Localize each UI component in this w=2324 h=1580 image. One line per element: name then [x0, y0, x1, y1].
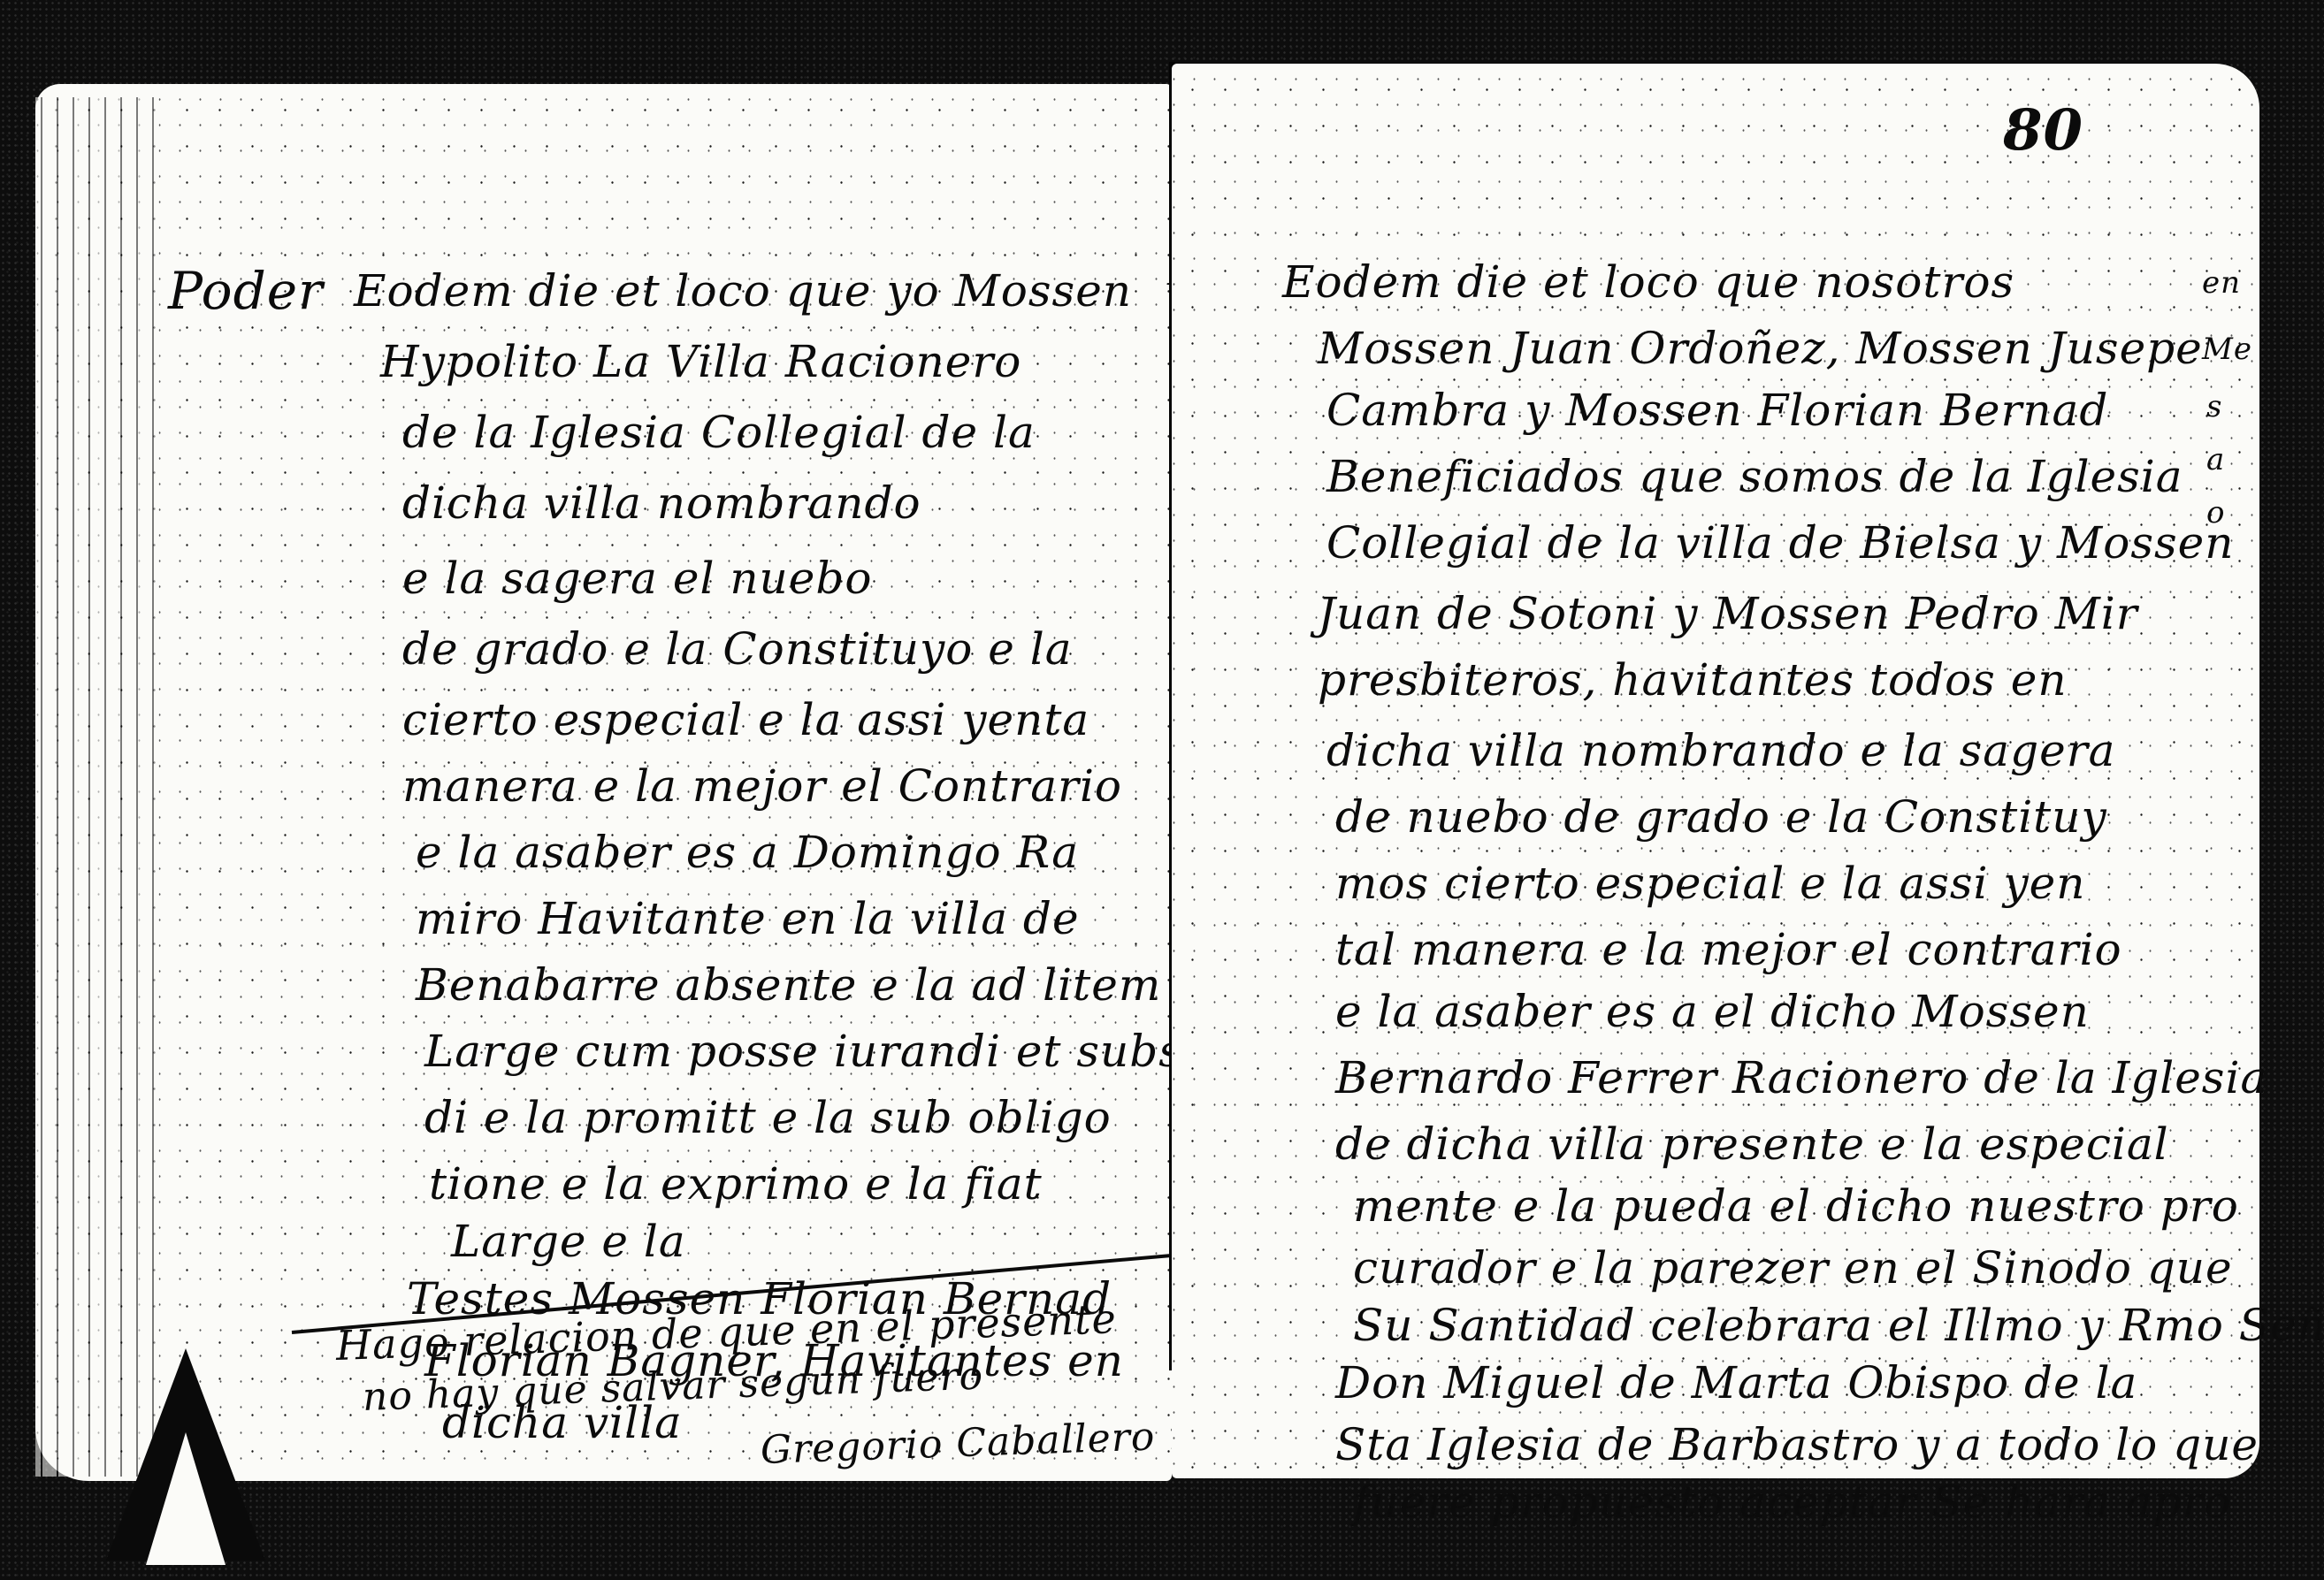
- text-line: di e la promitt e la sub obligo: [424, 1092, 1112, 1143]
- text-line: e la sagera el nuebo: [402, 553, 872, 604]
- text-line: Eodem die et loco que yo Mossen: [354, 265, 1132, 317]
- edge-fragment: s: [2206, 389, 2222, 424]
- text-line: Large cum posse iurandi et substitu: [424, 1026, 1264, 1077]
- text-line: curador e la parezer en el Sinodo que: [1353, 1242, 2233, 1294]
- text-line: Juan de Sotoni y Mossen Pedro Mir: [1318, 588, 2138, 639]
- text-line: de dicha villa presente e la especial: [1335, 1118, 2169, 1170]
- text-line: manera e la mejor el Contrario: [402, 760, 1122, 812]
- text-line: Sta Iglesia de Barbastro y a todo lo que: [1335, 1419, 2259, 1470]
- text-line: Eodem die et loco que nosotros: [1282, 256, 2014, 308]
- margin-note: Poder: [168, 261, 324, 321]
- text-line: tal manera e la mejor el contrario: [1335, 924, 2122, 975]
- text-line: miro Havitante en la villa de: [416, 893, 1080, 944]
- text-line: dicha villa nombrando e la sagera: [1326, 725, 2115, 776]
- text-line: fuere propuesto aceptar Se hara apro: [1353, 1477, 2232, 1528]
- text-line: Large e la: [451, 1216, 686, 1267]
- text-line: Bernardo Ferrer Racionero de la Iglesia: [1335, 1052, 2267, 1103]
- text-line: de grado e la Constituyo e la: [402, 623, 1073, 675]
- text-line: Collegial de la villa de Bielsa y Mossen: [1326, 517, 2234, 569]
- text-line: Hypolito La Villa Racionero: [380, 336, 1021, 387]
- folio-number: 80: [2003, 97, 2083, 164]
- page-edges-stack: [35, 97, 159, 1477]
- edge-fragment: en: [2202, 265, 2241, 301]
- bookmark-ribbon-gap: [146, 1432, 226, 1565]
- text-line: presbiteros, havitantes todos en: [1318, 654, 2068, 706]
- text-line: Beneficiados que somos de la Iglesia: [1326, 451, 2183, 502]
- text-line: e la asaber es a el dicho Mossen: [1335, 986, 2090, 1037]
- text-line: Don Miguel de Marta Obispo de la: [1335, 1357, 2137, 1408]
- text-line: tione e la exprimo e la fiat: [429, 1158, 1043, 1210]
- text-line: mente e la pueda el dicho nuestro pro: [1353, 1180, 2239, 1232]
- text-line: dicha villa nombrando: [402, 477, 921, 529]
- text-line: mos cierto especial e la assi yen: [1335, 858, 2085, 909]
- edge-fragment: a: [2206, 442, 2225, 477]
- text-line: Cambra y Mossen Florian Bernad: [1326, 385, 2108, 436]
- edge-fragment: Me: [2202, 332, 2252, 367]
- text-line: de la Iglesia Collegial de la: [402, 407, 1036, 458]
- text-line: de nuebo de grado e la Constituy: [1335, 791, 2107, 843]
- text-line: e la asaber es a Domingo Ra: [416, 827, 1079, 878]
- text-line: Su Santidad celebrara el Illmo y Rmo Señ…: [1353, 1300, 2324, 1351]
- edge-fragment: o: [2206, 495, 2225, 530]
- text-line: cierto especial e la assi yenta: [402, 694, 1089, 745]
- text-line: Benabarre absente e la ad litem: [416, 959, 1161, 1011]
- text-line: Mossen Juan Ordoñez, Mossen Jusepe: [1318, 323, 2203, 374]
